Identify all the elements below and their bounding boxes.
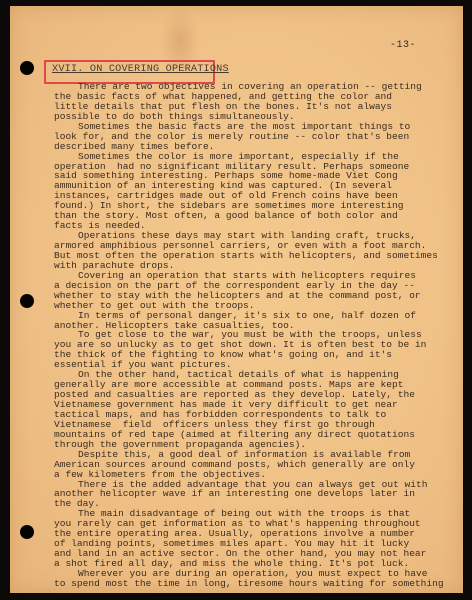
text-line: In terms of personal danger, it's six to…: [54, 311, 454, 321]
text-line: another helicopter wave if an interestin…: [54, 489, 454, 499]
page-number: -13-: [390, 40, 416, 51]
text-line: a few kilometers from the objectives.: [54, 470, 454, 480]
text-line: Sometimes the color is more important, e…: [54, 152, 454, 162]
punch-hole-top: [20, 61, 34, 75]
section-title: XVII. ON COVERING OPERATIONS: [52, 64, 229, 75]
body-text: There are two objectives in covering an …: [54, 82, 454, 589]
punch-hole-bottom: [20, 525, 34, 539]
text-line: to spend most the time in long, tiresome…: [54, 579, 454, 589]
punch-hole-middle: [20, 294, 34, 308]
